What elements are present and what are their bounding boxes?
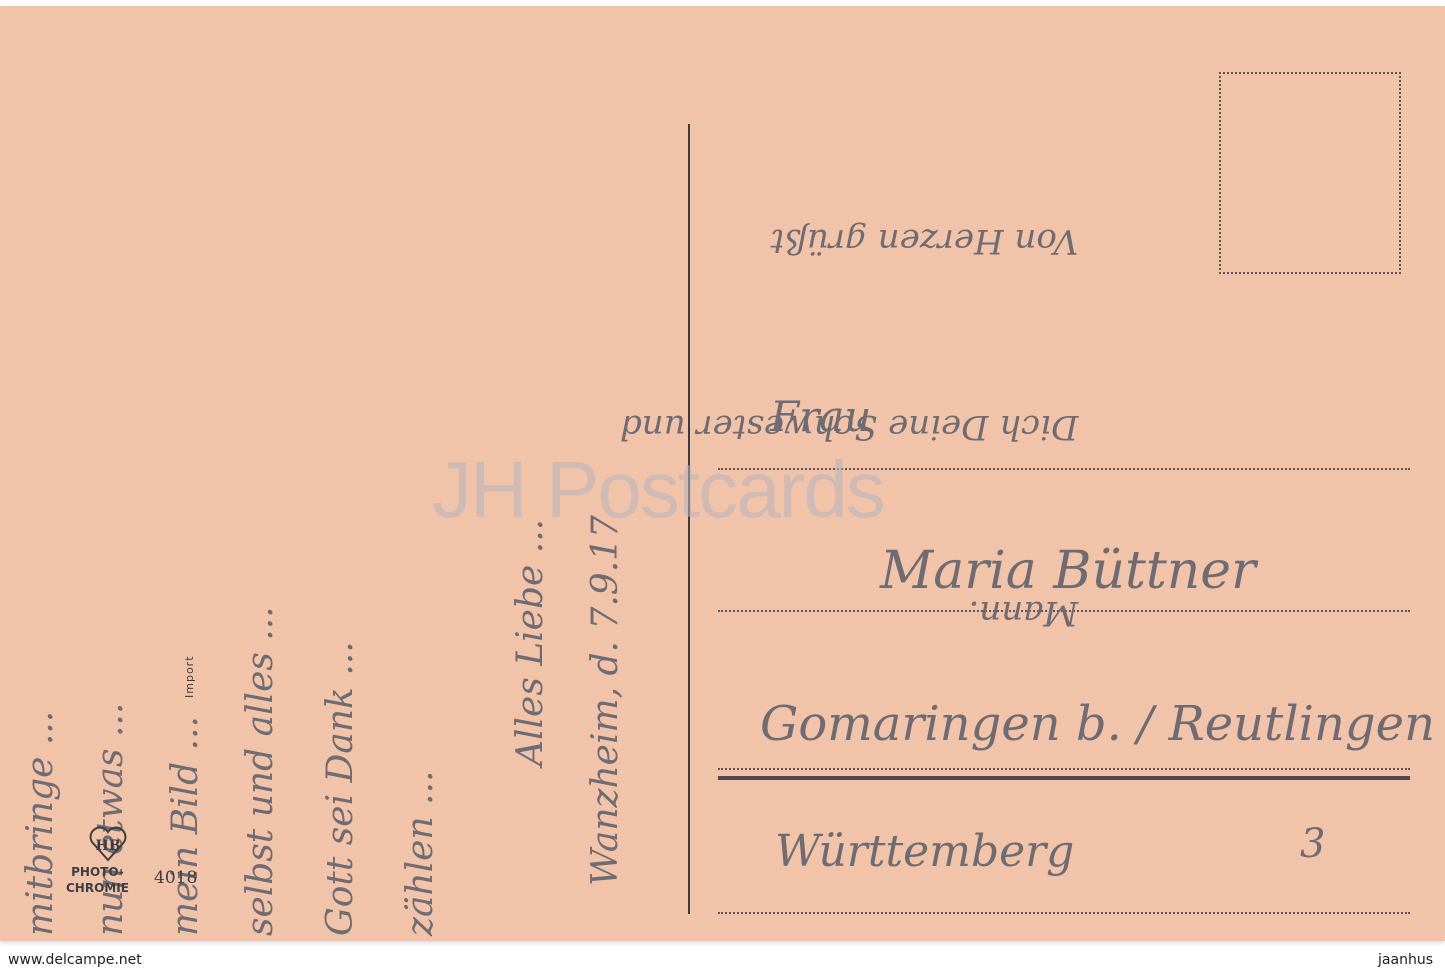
address-line-3 [718,768,1410,770]
message-col-3: mein Bild ... [165,716,206,936]
photochromie-label: PHOTO- CHROMIE [66,864,129,896]
brand-line-2: CHROMIE [66,880,129,896]
message-col-4: selbst und alles ... [240,606,281,936]
greeting-upside-down: Mann. Dich Deine Schwester und Von Herze… [620,86,1078,768]
svg-text:HB: HB [95,838,120,854]
brand-line-1: PHOTO- [66,864,129,880]
message-date: Wanzheim, d. 7.9.17 [585,515,626,886]
address-line-4 [718,912,1410,914]
message-col-1: mitbringe ... [20,711,61,936]
import-imprint: Import [183,655,196,698]
postcard-back: Frau Maria Büttner Gomaringen b. / Reutl… [0,6,1445,941]
message-col-6: zählen ... [400,771,441,936]
address-note: 3 [1300,821,1325,867]
publisher-logo-icon: HB [88,824,128,862]
greeting-line-1: Von Herzen grüßt [620,210,1078,272]
address-region: Württemberg [775,826,1074,877]
address-line-3-solid [718,776,1410,780]
stamp-box [1219,72,1401,274]
message-col-5: Gott sei Dank ... [320,641,361,936]
credit-right: jaanhus [1378,952,1433,968]
message-col-2: nun etwas ... [90,703,131,936]
message-col-7: Alles Liebe ... [510,519,551,766]
watermark: JH Postcards [432,444,884,536]
serial-number: 4018 [154,868,197,888]
credit-left: www.delcampe.net [8,952,142,968]
greeting-line-3: Mann. [620,582,1078,644]
